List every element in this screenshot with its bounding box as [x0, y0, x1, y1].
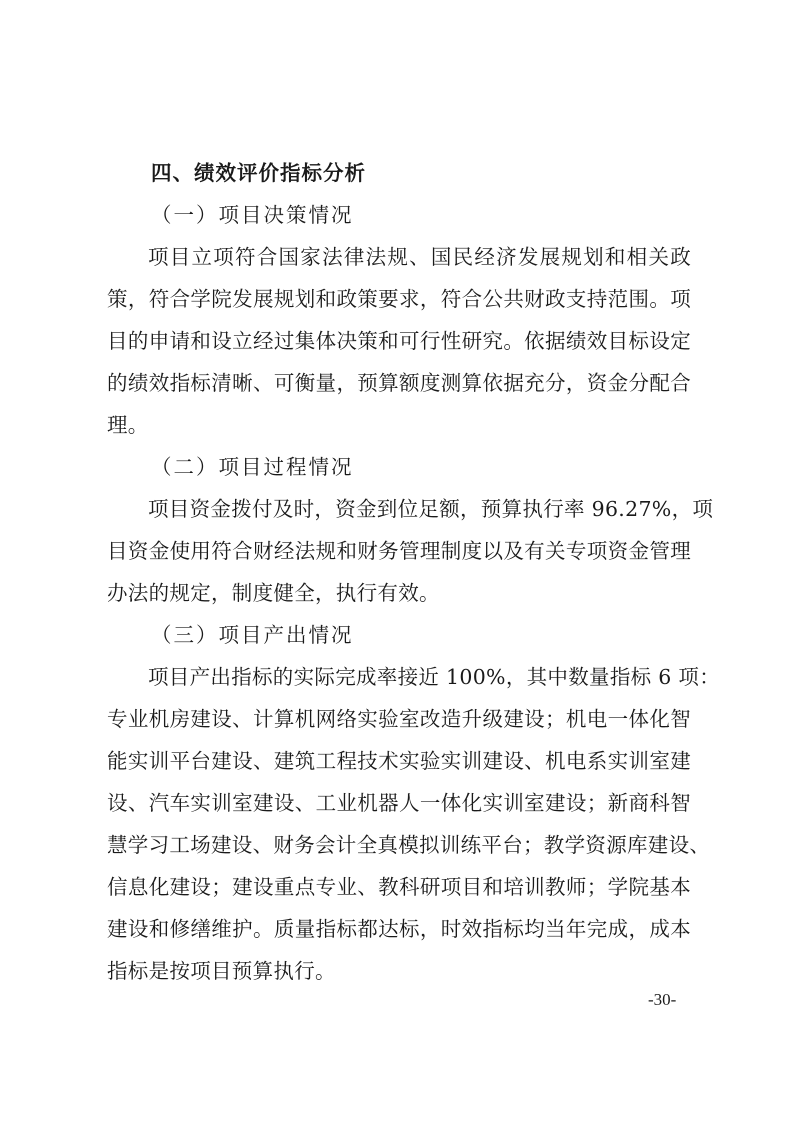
paragraph-line: 策，符合学院发展规划和政策要求，符合公共财政支持范围。项	[107, 278, 691, 320]
subsection-title-process: （二）项目过程情况	[107, 446, 691, 488]
paragraph-line: 指标是按项目预算执行。	[107, 950, 691, 992]
subsection-title-decision: （一）项目决策情况	[107, 194, 691, 236]
paragraph-line: 目的申请和设立经过集体决策和可行性研究。依据绩效目标设定	[107, 320, 691, 362]
paragraph-line: 项目资金拨付及时，资金到位足额，预算执行率 96.27%，项	[107, 488, 691, 530]
paragraph-line: 建设和修缮维护。质量指标都达标，时效指标均当年完成，成本	[107, 908, 691, 950]
page-number: -30-	[648, 990, 676, 1010]
paragraph-line: 信息化建设；建设重点专业、教科研项目和培训教师；学院基本	[107, 866, 691, 908]
paragraph-line: 办法的规定，制度健全，执行有效。	[107, 572, 691, 614]
paragraph-line: 专业机房建设、计算机网络实验室改造升级建设；机电一体化智	[107, 698, 691, 740]
paragraph-line: 慧学习工场建设、财务会计全真模拟训练平台；教学资源库建设、	[107, 824, 691, 866]
paragraph-line: 理。	[107, 404, 691, 446]
paragraph-line: 项目立项符合国家法律法规、国民经济发展规划和相关政	[107, 236, 691, 278]
paragraph-line: 设、汽车实训室建设、工业机器人一体化实训室建设；新商科智	[107, 782, 691, 824]
subsection-title-output: （三）项目产出情况	[107, 614, 691, 656]
paragraph-line: 能实训平台建设、建筑工程技术实验实训建设、机电系实训室建	[107, 740, 691, 782]
document-page: 四、绩效评价指标分析 （一）项目决策情况 项目立项符合国家法律法规、国民经济发展…	[107, 152, 691, 992]
paragraph-line: 的绩效指标清晰、可衡量，预算额度测算依据充分，资金分配合	[107, 362, 691, 404]
paragraph-line: 目资金使用符合财经法规和财务管理制度以及有关专项资金管理	[107, 530, 691, 572]
paragraph-line: 项目产出指标的实际完成率接近 100%，其中数量指标 6 项：	[107, 656, 691, 698]
section-heading: 四、绩效评价指标分析	[107, 152, 691, 194]
